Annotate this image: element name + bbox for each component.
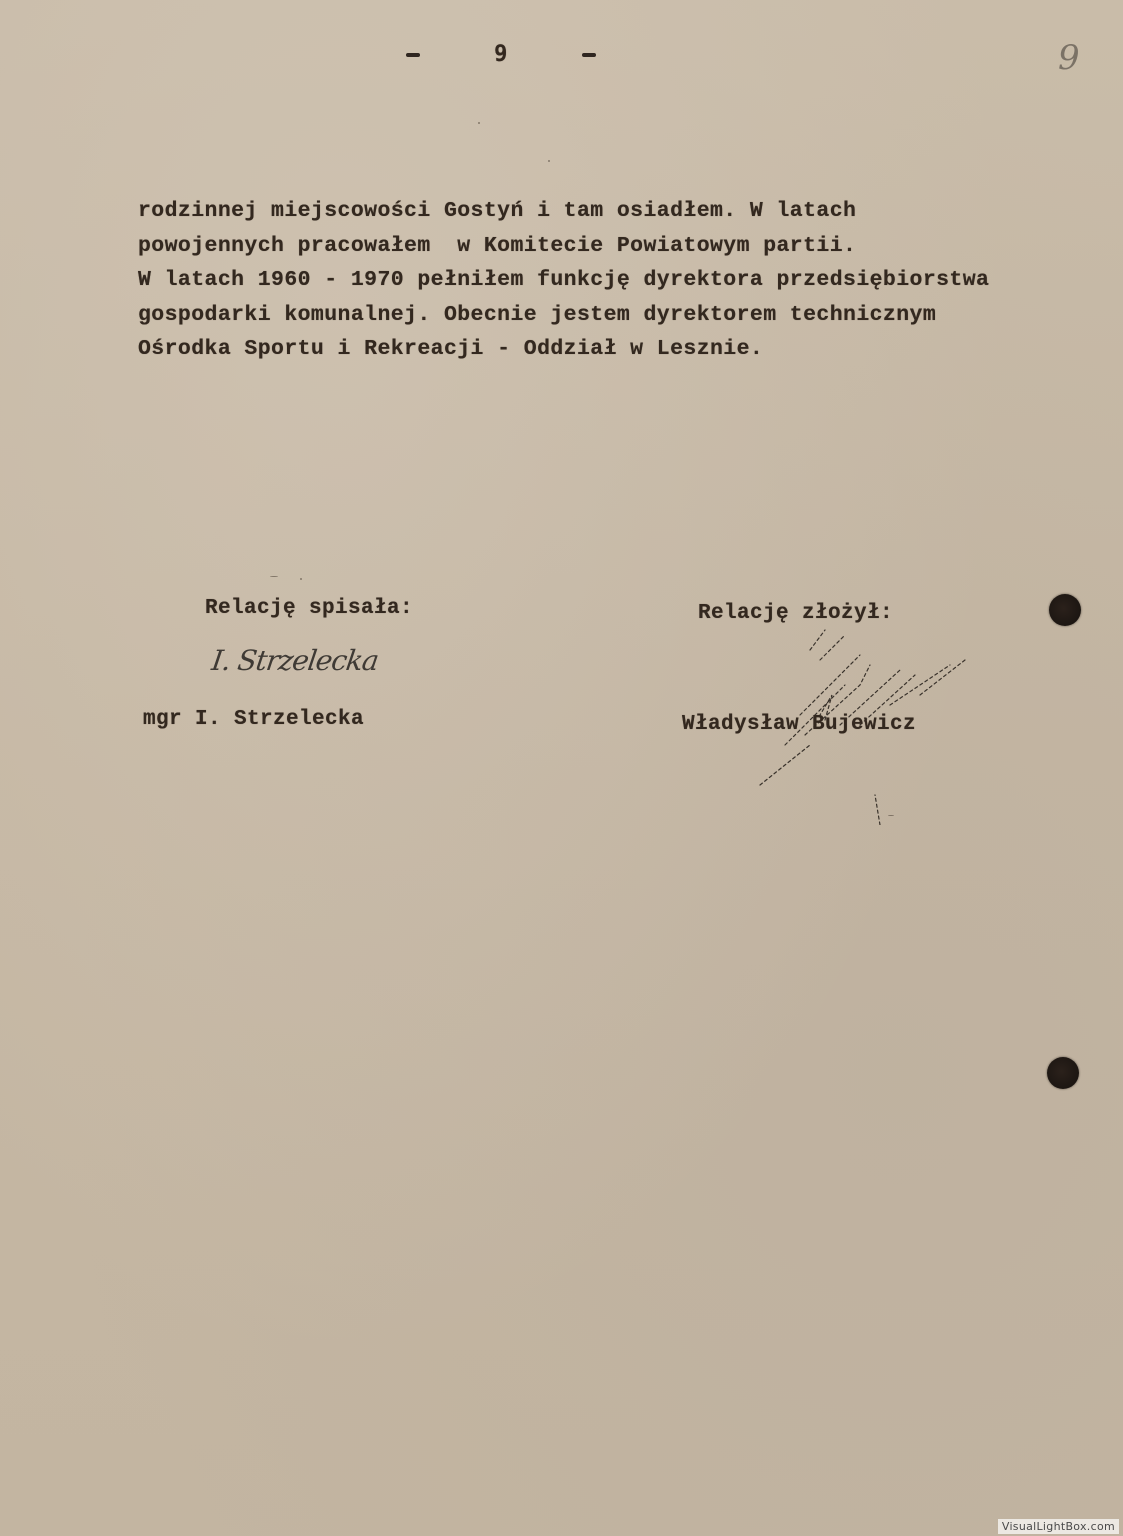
- paper-speck: [548, 160, 550, 162]
- paper-speck: [478, 122, 480, 124]
- body-text: rodzinnej miejscowości Gostyń i tam osia…: [138, 194, 1108, 367]
- page-number-header: 9: [406, 42, 596, 67]
- body-line: Ośrodka Sportu i Rekreacji - Oddział w L…: [138, 332, 1108, 367]
- body-line: powojennych pracowałem w Komitecie Powia…: [138, 229, 1108, 264]
- dash-right: [582, 53, 596, 57]
- recorder-name: mgr I. Strzelecka: [143, 708, 364, 731]
- punch-hole-top: [1049, 594, 1081, 626]
- recorder-handwritten-signature: I. Strzelecka: [210, 644, 381, 677]
- witness-name: Władysław Bujewicz: [682, 713, 916, 736]
- recorder-label: Relację spisała:: [205, 597, 413, 620]
- dash-left: [406, 53, 420, 57]
- paper-speck: [270, 576, 278, 577]
- page-number: 9: [494, 42, 508, 67]
- paper-speck: [300, 578, 302, 580]
- document-page: 9 9 rodzinnej miejscowości Gostyń i tam …: [0, 0, 1123, 1536]
- body-line: gospodarki komunalnej. Obecnie jestem dy…: [138, 298, 1108, 333]
- watermark: VisualLightBox.com: [998, 1519, 1119, 1534]
- witness-label: Relację złożył:: [698, 602, 893, 625]
- punch-hole-bottom: [1047, 1057, 1079, 1089]
- paper-speck: [888, 815, 894, 816]
- body-line: rodzinnej miejscowości Gostyń i tam osia…: [138, 194, 1108, 229]
- body-line: W latach 1960 - 1970 pełniłem funkcję dy…: [138, 263, 1108, 298]
- handwritten-page-number: 9: [1058, 38, 1080, 78]
